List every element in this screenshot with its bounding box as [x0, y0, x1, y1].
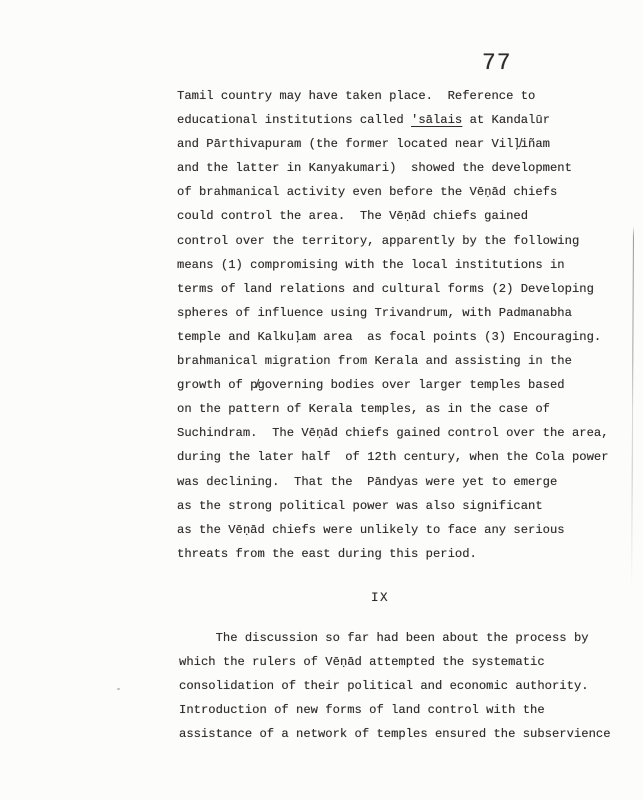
text-segment: as the strong political power was also s…	[177, 499, 543, 513]
text-segment: was declining. That the Pāndyas were yet…	[177, 475, 557, 489]
text-segment: brahmanical migration from Kerala and as…	[177, 354, 572, 368]
text-segment: means (1) compromising with the local in…	[177, 258, 565, 272]
section-heading: IX	[371, 591, 389, 605]
text-line: was declining. That the Pāndyas were yet…	[177, 470, 609, 494]
text-segment: consolidation of their political and eco…	[179, 679, 589, 693]
scan-speck	[117, 688, 120, 690]
text-segment: Introduction of new forms of land contro…	[179, 703, 545, 717]
text-line: Tamil country may have taken place. Refe…	[177, 84, 609, 108]
text-segment: as the Vēṇād chiefs were unlikely to fac…	[177, 523, 565, 537]
text-line: assistance of a network of temples ensur…	[179, 722, 611, 746]
text-segment: of brahmanical activity even before the …	[177, 185, 557, 199]
text-line: spheres of influence using Trivandrum, w…	[177, 301, 609, 325]
text-segment: Tamil country may have taken place. Refe…	[177, 89, 535, 103]
text-line: control over the territory, apparently b…	[177, 229, 609, 253]
text-line: as the Vēṇād chiefs were unlikely to fac…	[177, 518, 609, 542]
text-line: growth of p̸governing bodies over larger…	[177, 373, 609, 397]
text-segment: growth of p̸governing bodies over larger…	[177, 378, 565, 392]
text-segment: threats from the east during this period…	[177, 547, 477, 561]
text-line: threats from the east during this period…	[177, 542, 609, 566]
text-segment: The discussion so far had been about the…	[179, 631, 589, 645]
text-line: during the later half of 12th century, w…	[177, 445, 609, 469]
text-line: consolidation of their political and eco…	[179, 674, 611, 698]
text-line: on the pattern of Kerala temples, as in …	[177, 397, 609, 421]
text-segment: which the rulers of Vēṇād attempted the …	[179, 655, 545, 669]
text-segment: and the latter in Kanyakumari) showed th…	[177, 161, 572, 175]
text-segment: at Kandalūr	[462, 113, 550, 127]
text-line: and the latter in Kanyakumari) showed th…	[177, 156, 609, 180]
text-segment: temple and Kalkuļam area as focal points…	[177, 330, 601, 344]
text-line: as the strong political power was also s…	[177, 494, 609, 518]
text-segment: during the later half of 12th century, w…	[177, 450, 609, 464]
text-segment: and Pārthivapuram (the former located ne…	[177, 137, 550, 151]
text-line: means (1) compromising with the local in…	[177, 253, 609, 277]
text-line: terms of land relations and cultural for…	[177, 277, 609, 301]
underlined-term: 'sālais	[411, 113, 462, 127]
text-line: and Pārthivapuram (the former located ne…	[177, 132, 609, 156]
text-segment: Suchindram. The Vēṇād chiefs gained cont…	[177, 426, 609, 440]
page-number: 77	[482, 50, 512, 76]
text-line: brahmanical migration from Kerala and as…	[177, 349, 609, 373]
document-page: 77 Tamil country may have taken place. R…	[0, 0, 643, 800]
body-paragraph: Tamil country may have taken place. Refe…	[177, 84, 609, 566]
text-line: could control the area. The Vēṇād chiefs…	[177, 204, 609, 228]
text-line: Suchindram. The Vēṇād chiefs gained cont…	[177, 421, 609, 445]
text-line: which the rulers of Vēṇād attempted the …	[179, 650, 611, 674]
body-paragraph: The discussion so far had been about the…	[179, 626, 611, 746]
text-line: of brahmanical activity even before the …	[177, 180, 609, 204]
text-line: educational institutions called 'sālais …	[177, 108, 609, 132]
text-line: Introduction of new forms of land contro…	[179, 698, 611, 722]
text-segment: spheres of influence using Trivandrum, w…	[177, 306, 572, 320]
text-segment: terms of land relations and cultural for…	[177, 282, 594, 296]
text-segment: control over the territory, apparently b…	[177, 234, 579, 248]
text-segment: assistance of a network of temples ensur…	[179, 727, 611, 741]
text-line: The discussion so far had been about the…	[179, 626, 611, 650]
text-line: temple and Kalkuļam area as focal points…	[177, 325, 609, 349]
text-segment: educational institutions called	[177, 113, 411, 127]
text-segment: could control the area. The Vēṇād chiefs…	[177, 209, 528, 223]
text-segment: on the pattern of Kerala temples, as in …	[177, 402, 550, 416]
scan-artifact-line	[631, 226, 634, 586]
